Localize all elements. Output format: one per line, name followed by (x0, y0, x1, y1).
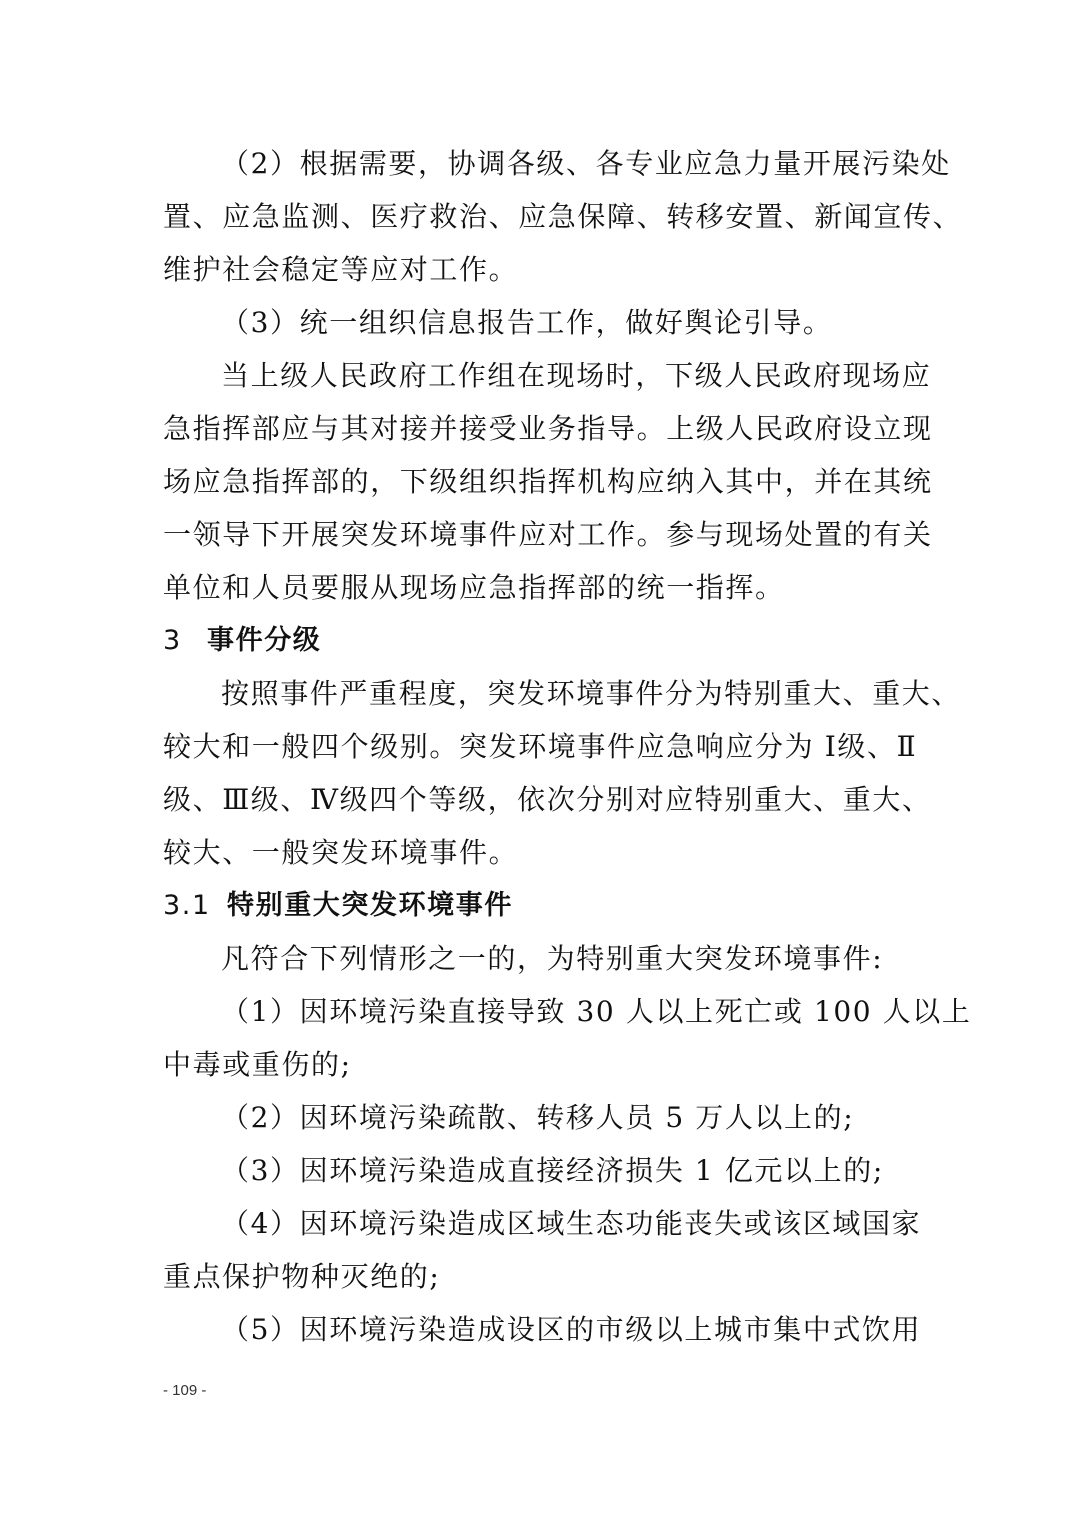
text-line: （2）根据需要，协调各级、各专业应急力量开展污染处 (163, 137, 915, 190)
section-title: 事件分级 (207, 625, 321, 656)
document-page: （2）根据需要，协调各级、各专业应急力量开展污染处置、应急监测、医疗救治、应急保… (163, 137, 915, 1356)
text-line: 重点保护物种灭绝的; (163, 1250, 915, 1303)
text-line: 当上级人民政府工作组在现场时，下级人民政府现场应 (163, 349, 915, 402)
text-line: （4）因环境污染造成区域生态功能丧失或该区域国家 (163, 1197, 915, 1250)
text-line: （2）因环境污染疏散、转移人员 5 万人以上的; (163, 1091, 915, 1144)
section-heading-3-1: 3.1特别重大突发环境事件 (163, 879, 915, 932)
text-line: 中毒或重伤的; (163, 1038, 915, 1091)
section-number: 3 (163, 614, 207, 667)
text-line: 维护社会稳定等应对工作。 (163, 243, 915, 296)
paragraph-block-3: 凡符合下列情形之一的，为特别重大突发环境事件:（1）因环境污染直接导致 30 人… (163, 932, 915, 1356)
text-line: （5）因环境污染造成设区的市级以上城市集中式饮用 (163, 1303, 915, 1356)
text-line: （3）因环境污染造成直接经济损失 1 亿元以上的; (163, 1144, 915, 1197)
text-line: 急指挥部应与其对接并接受业务指导。上级人民政府设立现 (163, 402, 915, 455)
paragraph-block-1: （2）根据需要，协调各级、各专业应急力量开展污染处置、应急监测、医疗救治、应急保… (163, 137, 915, 614)
text-line: 较大、一般突发环境事件。 (163, 826, 915, 879)
text-line: 置、应急监测、医疗救治、应急保障、转移安置、新闻宣传、 (163, 190, 915, 243)
subsection-title: 特别重大突发环境事件 (227, 890, 513, 921)
subsection-number: 3.1 (163, 879, 227, 932)
text-line: 单位和人员要服从现场应急指挥部的统一指挥。 (163, 561, 915, 614)
text-line: 凡符合下列情形之一的，为特别重大突发环境事件: (163, 932, 915, 985)
page-number: - 109 - (163, 1382, 206, 1399)
section-heading-3: 3事件分级 (163, 614, 915, 667)
text-line: 级、Ⅲ级、Ⅳ级四个等级，依次分别对应特别重大、重大、 (163, 773, 915, 826)
paragraph-block-2: 按照事件严重程度，突发环境事件分为特别重大、重大、较大和一般四个级别。突发环境事… (163, 667, 915, 879)
text-line: 场应急指挥部的，下级组织指挥机构应纳入其中，并在其统 (163, 455, 915, 508)
text-line: 按照事件严重程度，突发环境事件分为特别重大、重大、 (163, 667, 915, 720)
text-line: （3）统一组织信息报告工作，做好舆论引导。 (163, 296, 915, 349)
text-line: 较大和一般四个级别。突发环境事件应急响应分为 Ⅰ级、Ⅱ (163, 720, 915, 773)
text-line: （1）因环境污染直接导致 30 人以上死亡或 100 人以上 (163, 985, 915, 1038)
text-line: 一领导下开展突发环境事件应对工作。参与现场处置的有关 (163, 508, 915, 561)
